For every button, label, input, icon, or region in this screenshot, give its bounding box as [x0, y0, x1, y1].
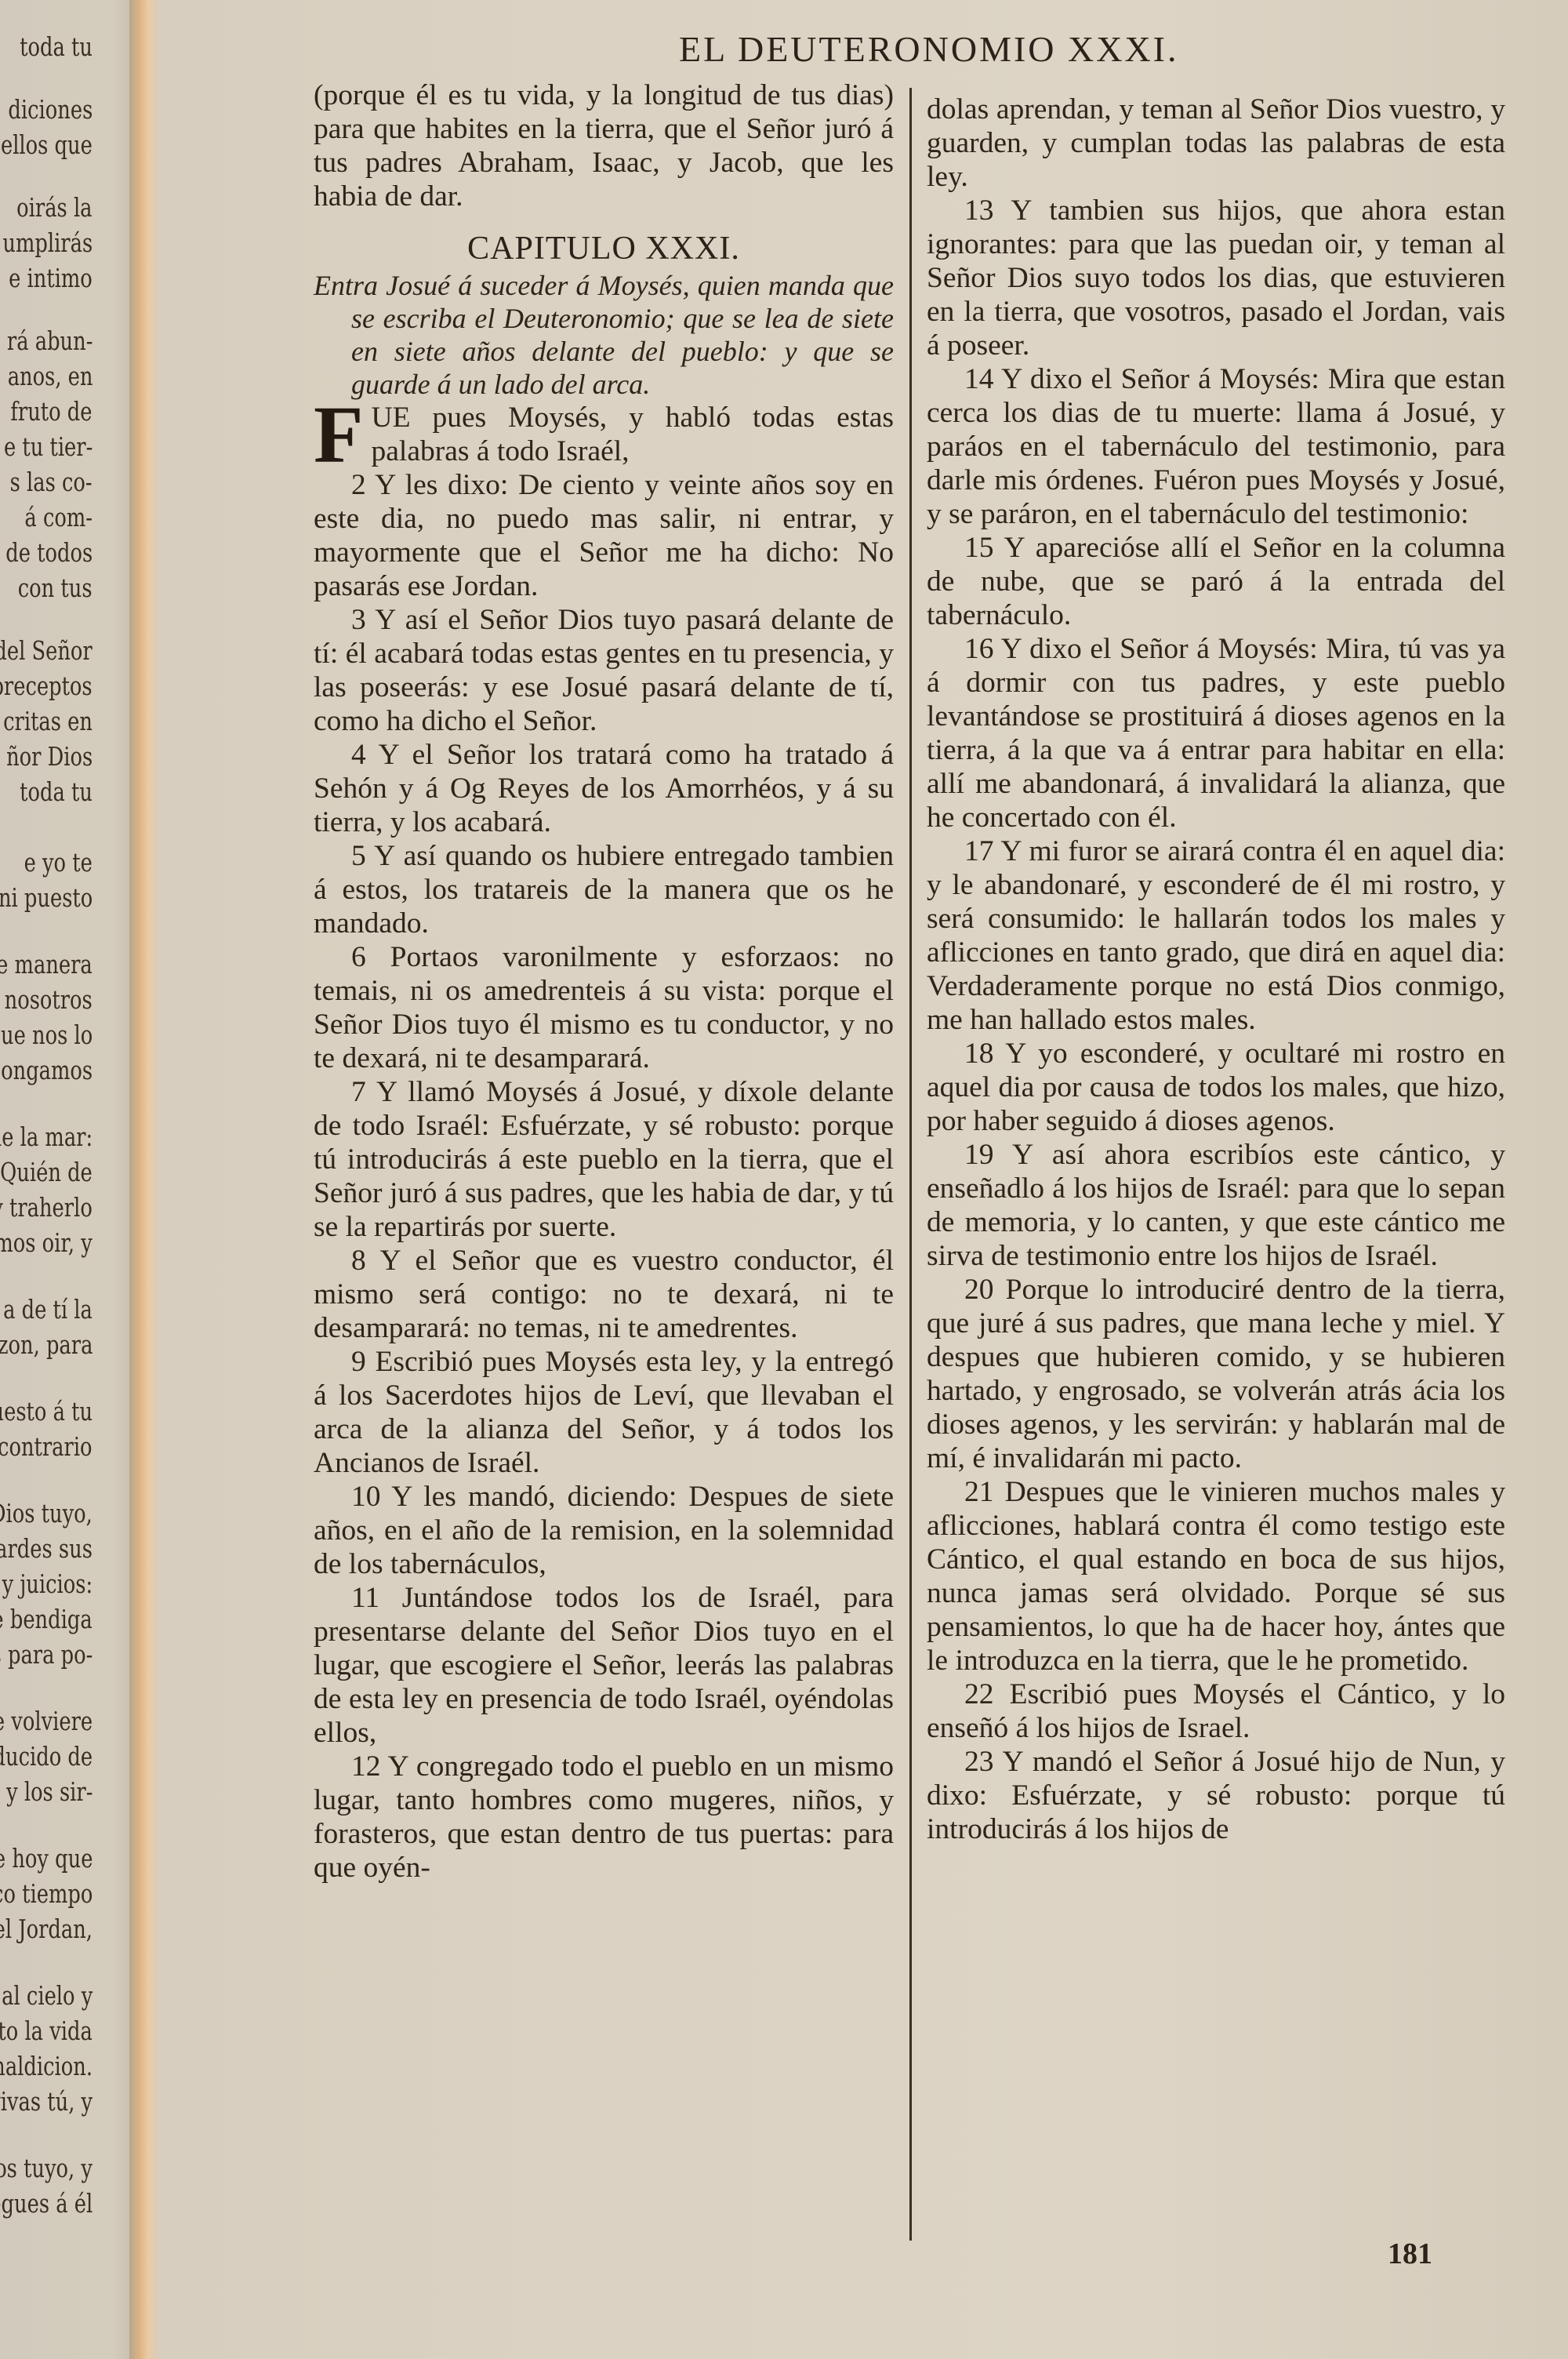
verse: 20 Porque lo introduciré dentro de la ti…: [927, 1273, 1505, 1475]
previous-page-line: educido de: [0, 1741, 93, 1772]
verse: 2 Y les dixo: De ciento y veinte años so…: [314, 468, 894, 603]
column-divider: [909, 88, 912, 2241]
previous-page-line: e volviere: [0, 1706, 93, 1736]
page-number: 181: [1388, 2237, 1432, 2271]
previous-page-line: mos oir, y: [0, 1227, 93, 1258]
verse: 15 Y aparecióse allí el Señor en la colu…: [927, 531, 1505, 632]
previous-page-line: uesto á tu: [0, 1396, 93, 1427]
previous-page-line: Quién de: [0, 1157, 93, 1187]
verse: 16 Y dixo el Señor á Moysés: Mira, tú va…: [927, 632, 1505, 834]
previous-page-line: le la mar:: [0, 1121, 93, 1152]
verse: 23 Y mandó el Señor á Josué hijo de Nun,…: [927, 1745, 1505, 1846]
previous-page-line: toda tu: [20, 776, 93, 807]
previous-page-edge: toda tudicionesellos queoirás laumplirás…: [0, 0, 133, 2359]
previous-page-line: anos, en: [7, 361, 93, 391]
previous-page-line: s las co-: [10, 467, 93, 497]
previous-page-line: critas en: [3, 706, 93, 736]
previous-page-line: azon, para: [0, 1329, 93, 1360]
previous-page-line: de todos: [5, 537, 93, 568]
verse: 10 Y les mandó, diciendo: Despues de sie…: [314, 1480, 894, 1581]
previous-page-line: ellos que: [1, 129, 93, 160]
previous-page-line: s para po-: [0, 1639, 93, 1670]
previous-page-line: pongamos: [0, 1055, 93, 1085]
previous-page-line: y traherlo: [0, 1192, 93, 1223]
verse: 14 Y dixo el Señor á Moysés: Mira que es…: [927, 362, 1505, 531]
previous-page-line: toda tu: [20, 31, 93, 62]
previous-page-line: nosotros: [5, 984, 93, 1015]
previous-page-line: pegues á él: [0, 2188, 93, 2219]
previous-page-line: diciones: [8, 94, 93, 125]
previous-page-line: oco tiempo: [0, 1878, 93, 1909]
right-column: dolas aprendan, y teman al Señor Dios vu…: [927, 93, 1505, 1846]
previous-page-line: a de tí la: [3, 1294, 93, 1325]
carryover-text: dolas aprendan, y teman al Señor Dios vu…: [927, 93, 1505, 194]
carryover-text: (porque él es tu vida, y la longitud de …: [314, 78, 894, 213]
previous-page-line: Dios tuyo,: [0, 1498, 93, 1528]
previous-page-line: uardes sus: [0, 1533, 93, 1564]
verse: 5 Y así quando os hubiere entregado tamb…: [314, 839, 894, 940]
running-head: EL DEUTERONOMIO XXXI.: [679, 28, 1178, 70]
verse: 21 Despues que le vinieren muchos males …: [927, 1475, 1505, 1677]
previous-page-line: os tuyo, y: [0, 2153, 93, 2183]
verse: 19 Y así ahora escribíos este cántico, y…: [927, 1138, 1505, 1273]
previous-page-line: e yo te: [24, 847, 93, 878]
previous-page-line: a maldicion.: [0, 2051, 93, 2081]
verse: 12 Y congregado todo el pueblo en un mis…: [314, 1750, 894, 1885]
previous-page-line: á com-: [24, 502, 93, 533]
verse: 7 Y llamó Moysés á Josué, y díxole delan…: [314, 1075, 894, 1244]
previous-page-line: ue nos lo: [1, 1020, 93, 1050]
previous-page-line: rá abun-: [6, 325, 93, 356]
previous-page-line: oirás la: [17, 192, 93, 223]
verse: 13 Y tambien sus hijos, que ahora estan …: [927, 194, 1505, 362]
previous-page-line: preceptos: [0, 671, 93, 701]
previous-page-line: e intimo: [9, 263, 93, 293]
previous-page-line: s al cielo y: [0, 1980, 93, 2011]
verse: 11 Juntándose todos los de Israél, para …: [314, 1581, 894, 1750]
verse: 18 Y yo esconderé, y ocultaré mi rostro …: [927, 1037, 1505, 1138]
verse: 9 Escribió pues Moysés esta ley, y la en…: [314, 1345, 894, 1480]
previous-page-line: te bendiga: [0, 1604, 93, 1634]
previous-page-line: e tu tier-: [4, 431, 93, 462]
previous-page-line: del Señor: [0, 635, 93, 666]
previous-page-line: con tus: [18, 572, 93, 603]
previous-page-line: umplirás: [2, 227, 93, 258]
previous-page-line: y juicios:: [2, 1568, 93, 1599]
verse: 17 Y mi furor se airará contra él en aqu…: [927, 834, 1505, 1037]
verse-1: FUE pues Moysés, y habló todas estas pal…: [314, 401, 894, 468]
verse: 4 Y el Señor los tratará como ha tratado…: [314, 738, 894, 839]
previous-page-line: ñor Dios: [6, 741, 93, 772]
left-column: (porque él es tu vida, y la longitud de …: [314, 78, 894, 1885]
previous-page-line: esto la vida: [0, 2016, 93, 2046]
previous-page-line: e vivas tú, y: [0, 2086, 93, 2117]
previous-page-line: y los sir-: [6, 1776, 93, 1807]
book-gutter-fold: [129, 0, 161, 2359]
previous-page-line: ue hoy que: [0, 1843, 93, 1874]
verse-1-text: UE pues Moysés, y habló todas estas pala…: [372, 402, 894, 467]
verse: 3 Y así el Señor Dios tuyo pasará delant…: [314, 603, 894, 738]
drop-cap: F: [314, 404, 364, 467]
previous-page-line: el Jordan,: [0, 1914, 93, 1944]
previous-page-line: ni puesto: [0, 882, 93, 913]
previous-page-line: le manera: [0, 949, 93, 980]
chapter-title: CAPITULO XXXI.: [314, 232, 894, 266]
verse: 8 Y el Señor que es vuestro conductor, é…: [314, 1244, 894, 1345]
verse: 6 Portaos varonilmente y esforzaos: no t…: [314, 940, 894, 1075]
chapter-summary: Entra Josué á suceder á Moysés, quien ma…: [314, 269, 894, 401]
previous-page-line: fruto de: [11, 396, 93, 427]
previous-page-line: l contrario: [0, 1431, 93, 1462]
verse: 22 Escribió pues Moysés el Cántico, y lo…: [927, 1677, 1505, 1745]
